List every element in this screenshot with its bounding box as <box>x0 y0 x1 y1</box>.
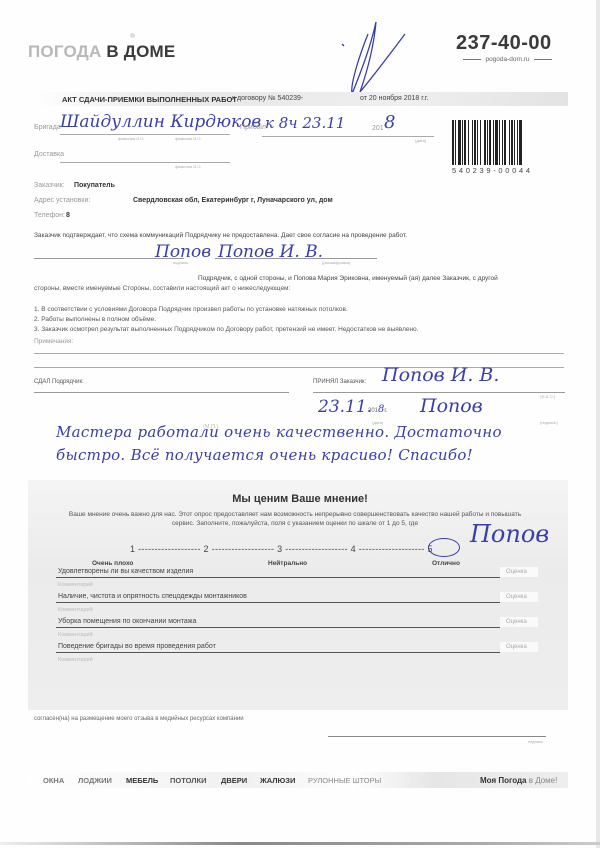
question-text: Поведение бригады во время проведения ра… <box>58 643 216 650</box>
page-bottom-edge <box>0 842 600 845</box>
comment-field[interactable]: Комментарий <box>58 582 93 588</box>
scale-low-label: Очень плохо <box>92 560 133 567</box>
sign-hint: подпись <box>173 260 188 265</box>
rating-scale: 1 ------------------- 2 ----------------… <box>130 544 433 554</box>
review-line-2: быстро. Всё получается очень красиво! Сп… <box>56 446 473 464</box>
barcode <box>452 120 557 165</box>
footer-nav-item[interactable]: ЛОДЖИИ <box>78 776 112 785</box>
footer-nav-item[interactable]: РУЛОННЫЕ ШТОРЫ <box>308 776 381 785</box>
footer-nav-item[interactable]: ПОТОЛКИ <box>170 776 207 785</box>
logo-dark-text: В ДОМЕ <box>106 42 175 61</box>
scale-mid-label: Нейтрально <box>268 560 307 567</box>
body-item: 1. В соответствии с условиями Договора П… <box>34 306 348 313</box>
fio-hint: фамилия И.О. <box>118 136 145 141</box>
phone-label: Телефон: <box>34 212 65 219</box>
grade-field[interactable]: Оценка <box>500 592 538 602</box>
grade-field[interactable]: Оценка <box>500 567 538 577</box>
customer-value: Покупатель <box>74 182 115 189</box>
publish-consent-text: согласен(на) на размещение моего отзыва … <box>34 716 244 722</box>
scale-high-label: Отлично <box>432 560 460 567</box>
logo-dot-icon <box>130 33 135 38</box>
address-label: Адрес установки: <box>34 197 90 204</box>
survey-signature: Попов <box>470 520 549 548</box>
signoff-year: 2018г. <box>368 404 388 415</box>
phone-value: 8 <box>66 212 70 219</box>
document-page: ПОГОДА В ДОМЕ 237-40-00 pogoda-dom.ru АК… <box>0 0 600 848</box>
consent-signature-name: Попов И. В. <box>218 242 323 262</box>
notes-label: Примечания: <box>34 338 73 345</box>
year-prefix: 201 <box>372 125 384 132</box>
logo-faded-text: ПОГОДА <box>28 42 101 61</box>
contract-ref: к договору № 540239- <box>232 95 303 102</box>
grade-field[interactable]: Оценка <box>500 642 538 652</box>
comment-field[interactable]: Комментарий <box>58 657 93 663</box>
question-underline <box>56 577 500 578</box>
survey-title: Мы ценим Ваше мнение! <box>0 493 600 505</box>
brigade-label: Бригада <box>34 124 61 131</box>
act-title: АКТ СДАЧИ-ПРИЕМКИ ВЫПОЛНЕННЫХ РАБОТ <box>62 95 237 104</box>
question-underline <box>56 652 500 653</box>
consent-text: Заказчик подтверждает, что схема коммуни… <box>34 232 407 239</box>
address-value: Свердловская обл, Екатеринбург г, Лунача… <box>133 197 333 204</box>
sign-hint: подпись <box>528 739 543 744</box>
scribble-signature-icon <box>330 14 410 99</box>
review-line-1: Мастера работали очень качественно. Дост… <box>56 423 502 441</box>
question-underline <box>56 602 500 603</box>
question-text: Наличие, чистота и опрятность спецодежды… <box>58 593 247 600</box>
decode-hint: (расшифровка) <box>322 260 350 265</box>
footer-nav-item[interactable]: ОКНА <box>43 776 64 785</box>
sign-hint: (подпись) <box>540 420 558 425</box>
body-item: 2. Работы выполнены в полном объёме. <box>34 316 156 323</box>
brigade-signature: Шайдуллин Кирдюков <box>60 112 261 132</box>
accepted-name: Попов И. В. <box>382 364 499 386</box>
arrived-value: к 8ч 23.11 <box>265 114 345 132</box>
footer-nav-item[interactable]: ЖАЛЮЗИ <box>260 776 295 785</box>
barcode-number: 540239-00044 <box>452 166 533 175</box>
intro-line-2: стороны, вместе именуемые Стороны, соста… <box>34 285 290 292</box>
fio-hint: фамилия И.О. <box>175 136 202 141</box>
arrived-label: Прибыл <box>240 124 266 131</box>
year-suffix: 8 <box>384 112 395 133</box>
question-text: Удовлетворены ли вы качеством изделия <box>58 568 193 575</box>
consent-signature: Попов <box>155 242 211 262</box>
comment-field[interactable]: Комментарий <box>58 607 93 613</box>
intro-line-1: Подрядчик, с одной стороны, и Попова Мар… <box>198 275 498 282</box>
footer-nav-item[interactable]: ДВЕРИ <box>221 776 247 785</box>
grade-field[interactable]: Оценка <box>500 617 538 627</box>
signoff-signature: Попов <box>420 395 483 417</box>
body-item: 3. Заказчик осмотрел результат выполненн… <box>34 326 418 333</box>
company-phone: 237-40-00 <box>456 32 552 55</box>
customer-label: Заказчик: <box>34 182 65 189</box>
survey-intro: Ваше мнение очень важно для нас. Этот оп… <box>60 510 530 528</box>
fio-hint: фамилия И.О. <box>175 164 202 169</box>
barcode-bar <box>522 120 524 165</box>
company-website: pogoda-dom.ru <box>450 56 565 63</box>
delivery-label: Доставка <box>34 151 64 158</box>
date-hint: (дата) <box>415 138 426 143</box>
question-text: Уборка помещения по окончании монтажа <box>58 618 196 625</box>
comment-field[interactable]: Комментарий <box>58 632 93 638</box>
footer-nav-item[interactable]: МЕБЕЛЬ <box>126 776 158 785</box>
fio-hint: (Ф.И.О.) <box>540 394 555 399</box>
signoff-date: 23.11. <box>318 397 372 417</box>
company-logo: ПОГОДА В ДОМЕ <box>28 42 175 62</box>
accepted-label: ПРИНЯЛ Заказчик: <box>313 379 366 385</box>
selected-score-circle[interactable] <box>428 538 460 557</box>
question-underline <box>56 627 500 628</box>
footer-slogan: Моя Погода в Доме! <box>480 776 557 785</box>
page-edge <box>596 0 600 848</box>
handed-label: СДАЛ Подрядчик: <box>34 379 84 385</box>
contract-date: от 20 ноября 2018 г.г. <box>360 95 429 102</box>
